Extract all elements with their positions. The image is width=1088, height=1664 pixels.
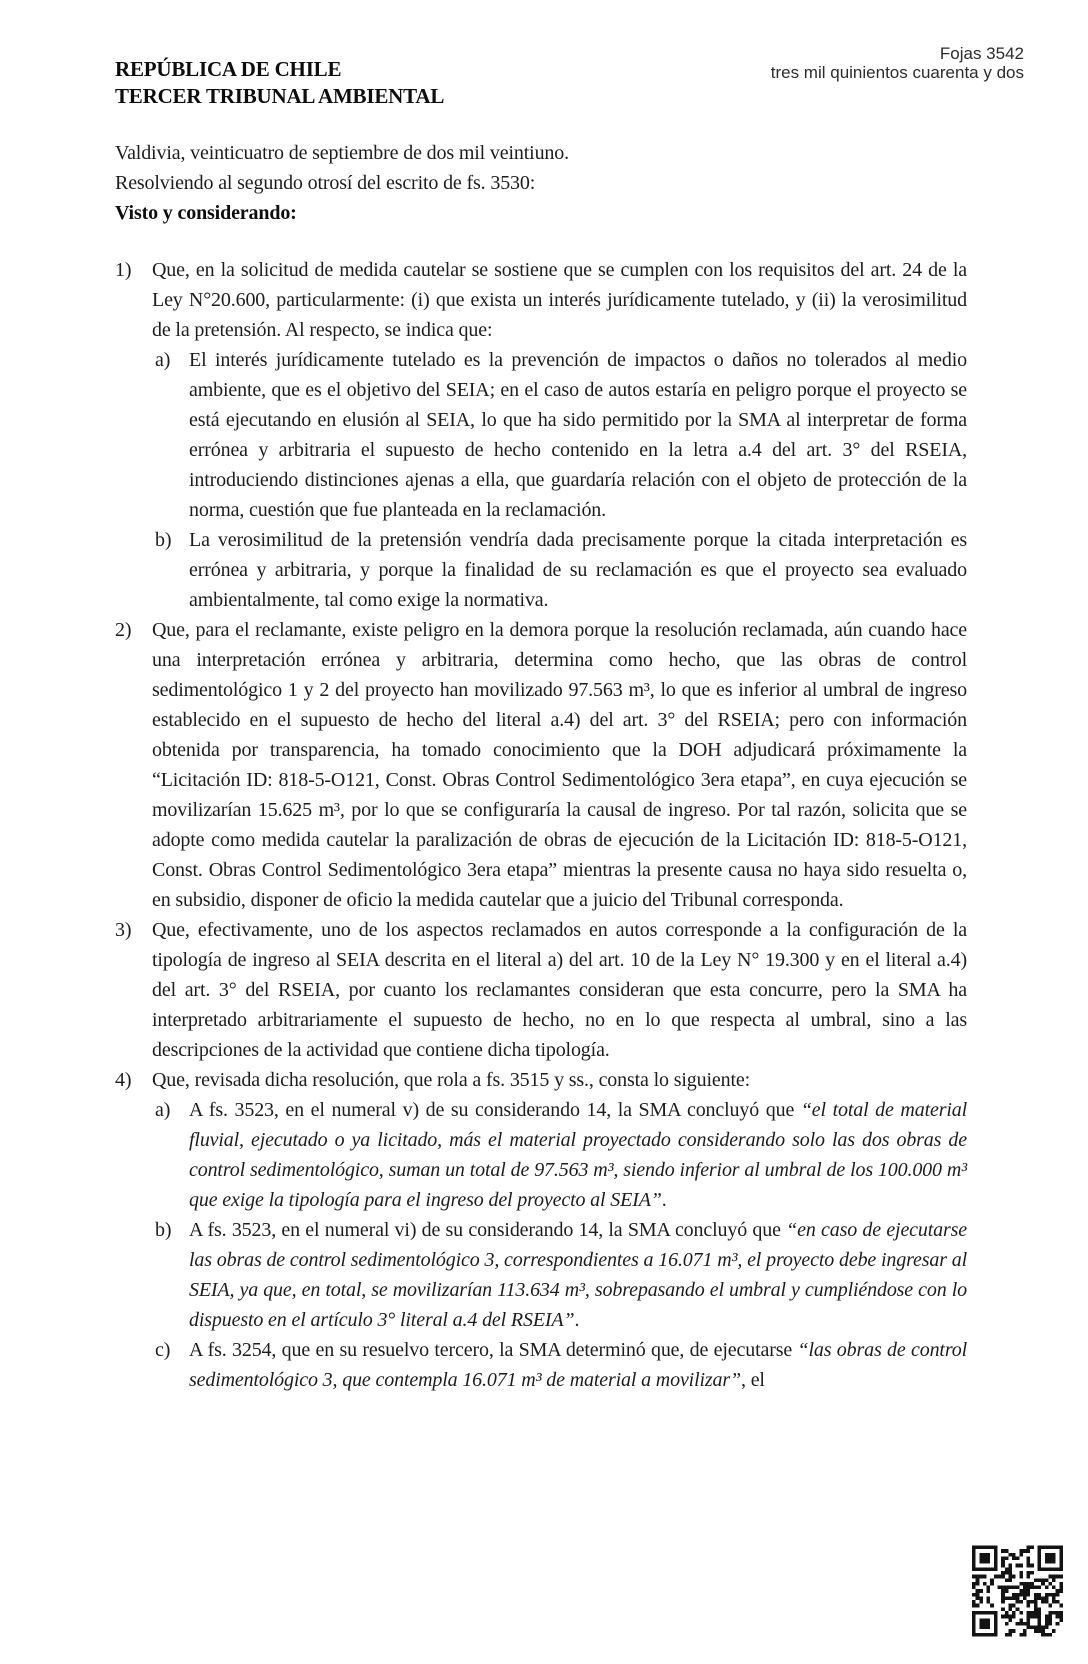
sub-item-4c-text: A fs. 3254, que en su resuelvo tercero, … [189,1335,967,1395]
item-4-content: Que, revisada dicha resolución, que rola… [152,1065,967,1395]
fojas-block: Fojas 3542 tres mil quinientos cuarenta … [771,44,1024,82]
sub-item-4a-text: A fs. 3523, en el numeral v) de su consi… [189,1095,967,1215]
tribunal-country: REPÚBLICA DE CHILE [115,56,444,83]
list-item-2: 2) Que, para el reclamante, existe pelig… [115,615,967,915]
item-4-marker: 4) [115,1065,152,1095]
fojas-words: tres mil quinientos cuarenta y dos [771,63,1024,82]
sub-item-4b-pre: A fs. 3523, en el numeral vi) de su cons… [189,1219,786,1241]
list-item-4: 4) Que, revisada dicha resolución, que r… [115,1065,967,1395]
item-1-content: Que, en la solicitud de medida cautelar … [152,255,967,615]
sub-item-1a: a) El interés jurídicamente tutelado es … [155,345,967,525]
item-2-content: Que, para el reclamante, existe peligro … [152,615,967,915]
sub-item-4b-post: . [574,1309,579,1331]
item-3-marker: 3) [115,915,152,945]
considerations-list: 1) Que, en la solicitud de medida cautel… [115,255,967,1395]
item-3-text: Que, efectivamente, uno de los aspectos … [152,915,967,1065]
item-1-text: Que, en la solicitud de medida cautelar … [152,255,967,345]
sub-item-1a-marker: a) [155,345,189,375]
tribunal-header: REPÚBLICA DE CHILE TERCER TRIBUNAL AMBIE… [115,56,444,110]
item-4-intro: Que, revisada dicha resolución, que rola… [152,1065,967,1095]
list-item-1: 1) Que, en la solicitud de medida cautel… [115,255,967,615]
sub-item-4c-post: , el [741,1369,765,1391]
resolving-line: Resolviendo al segundo otrosí del escrit… [115,168,967,198]
document-page: Fojas 3542 tres mil quinientos cuarenta … [0,0,1088,1664]
item-3-content: Que, efectivamente, uno de los aspectos … [152,915,967,1065]
sub-item-4b: b) A fs. 3523, en el numeral vi) de su c… [155,1215,967,1335]
sub-item-4b-text: A fs. 3523, en el numeral vi) de su cons… [189,1215,967,1335]
item-2-text: Que, para el reclamante, existe peligro … [152,615,967,915]
list-item-3: 3) Que, efectivamente, uno de los aspect… [115,915,967,1065]
item-1-marker: 1) [115,255,152,285]
sub-item-1a-text: El interés jurídicamente tutelado es la … [189,345,967,525]
sub-item-4a-pre: A fs. 3523, en el numeral v) de su consi… [189,1099,801,1121]
sub-item-4c: c) A fs. 3254, que en su resuelvo tercer… [155,1335,967,1395]
sub-item-4a-marker: a) [155,1095,189,1125]
sub-item-4a: a) A fs. 3523, en el numeral v) de su co… [155,1095,967,1215]
document-body: Valdivia, veinticuatro de septiembre de … [115,138,967,1395]
date-line: Valdivia, veinticuatro de septiembre de … [115,138,967,168]
sub-item-1b: b) La verosimilitud de la pretensión ven… [155,525,967,615]
qr-code [972,1545,1063,1637]
sub-item-1b-marker: b) [155,525,189,555]
item-4-sublist: a) A fs. 3523, en el numeral v) de su co… [155,1095,967,1395]
tribunal-name: TERCER TRIBUNAL AMBIENTAL [115,83,444,110]
item-1-sublist: a) El interés jurídicamente tutelado es … [155,345,967,615]
sub-item-4a-post: . [662,1189,667,1211]
item-2-marker: 2) [115,615,152,645]
section-heading: Visto y considerando: [115,198,967,228]
fojas-number: Fojas 3542 [771,44,1024,63]
sub-item-4c-pre: A fs. 3254, que en su resuelvo tercero, … [189,1339,798,1361]
sub-item-4c-marker: c) [155,1335,189,1365]
sub-item-4b-marker: b) [155,1215,189,1245]
sub-item-1b-text: La verosimilitud de la pretensión vendrí… [189,525,967,615]
